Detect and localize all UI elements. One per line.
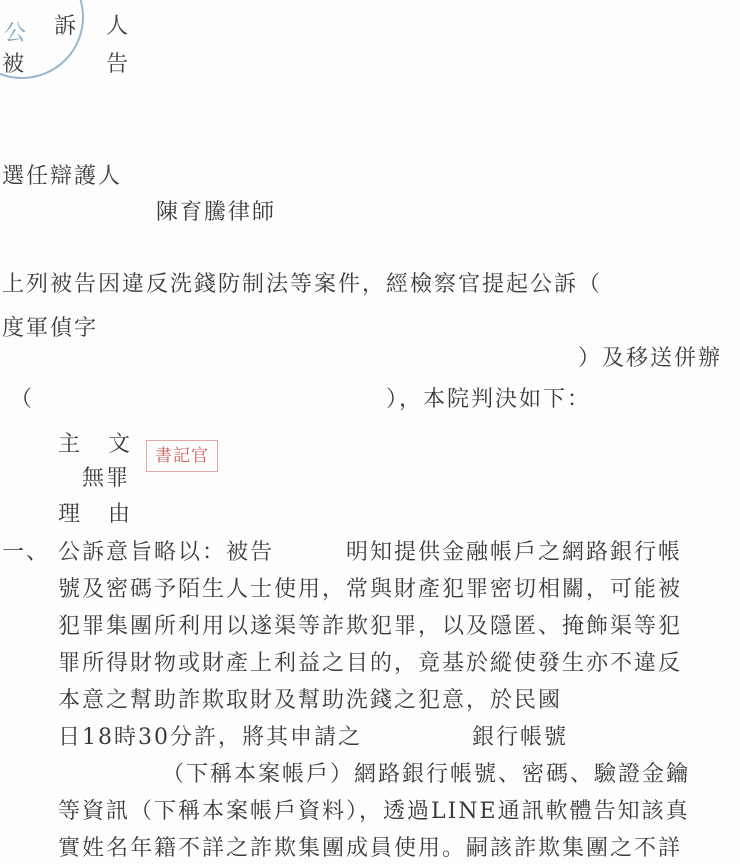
reason-line-7: （下稱本案帳戶）網路銀行帳號、密碼、驗證金鑰 <box>162 760 690 790</box>
intro-line-2: 度軍偵字 <box>2 314 98 344</box>
reason-line-8: 等資訊（下稱本案帳戶資料），透過LINE通訊軟體告知該真 <box>58 797 690 827</box>
defense-counsel-label: 選任辯護人 <box>2 162 122 192</box>
reason-line-6-bank: 銀行帳號 <box>472 723 568 753</box>
prosecutor-label-2: 訴 <box>54 12 78 42</box>
clerk-seal: 書記官 <box>146 440 218 472</box>
reason-line-6: 日18時30分許，將其申請之 <box>58 723 362 753</box>
reason-line-1: 公訴意旨略以：被告 明知提供金融帳戶之網路銀行帳 <box>58 538 682 568</box>
reason-item-marker: 一、 <box>2 538 50 568</box>
main-text-heading-2: 文 <box>108 430 132 460</box>
defense-lawyer-name: 陳育騰律師 <box>156 198 276 228</box>
reason-heading-2: 由 <box>108 500 132 530</box>
reason-line-2: 號及密碼予陌生人士使用，常與財產犯罪密切相關，可能被 <box>58 575 682 605</box>
prosecutor-label-3: 人 <box>106 12 130 42</box>
reason-line-3: 犯罪集團所利用以遂渠等詐欺犯罪，以及隱匿、掩飾渠等犯 <box>58 612 682 642</box>
defendant-label-1: 被 <box>2 50 26 80</box>
intro-line-1: 上列被告因違反洗錢防制法等案件，經檢察官提起公訴（ <box>2 270 602 300</box>
reason-heading-1: 理 <box>58 500 82 530</box>
reason-line-9: 實姓名年籍不詳之詐欺集團成員使用。嗣該詐欺集團之不詳 <box>58 834 682 864</box>
official-stamp-glyph: 公 <box>4 16 26 47</box>
intro-line-4-open: （ <box>10 385 34 415</box>
intro-line-3: ）及移送併辦 <box>578 344 722 374</box>
defendant-label-2: 告 <box>106 50 130 80</box>
reason-line-5: 本意之幫助詐欺取財及幫助洗錢之犯意，於民國 <box>58 686 562 716</box>
intro-line-4-close: ），本院判決如下： <box>386 385 591 415</box>
reason-line-4: 罪所得財物或財產上利益之目的，竟基於縱使發生亦不違反 <box>58 649 682 679</box>
verdict-text: 無罪 <box>82 464 130 494</box>
main-text-heading-1: 主 <box>58 430 82 460</box>
